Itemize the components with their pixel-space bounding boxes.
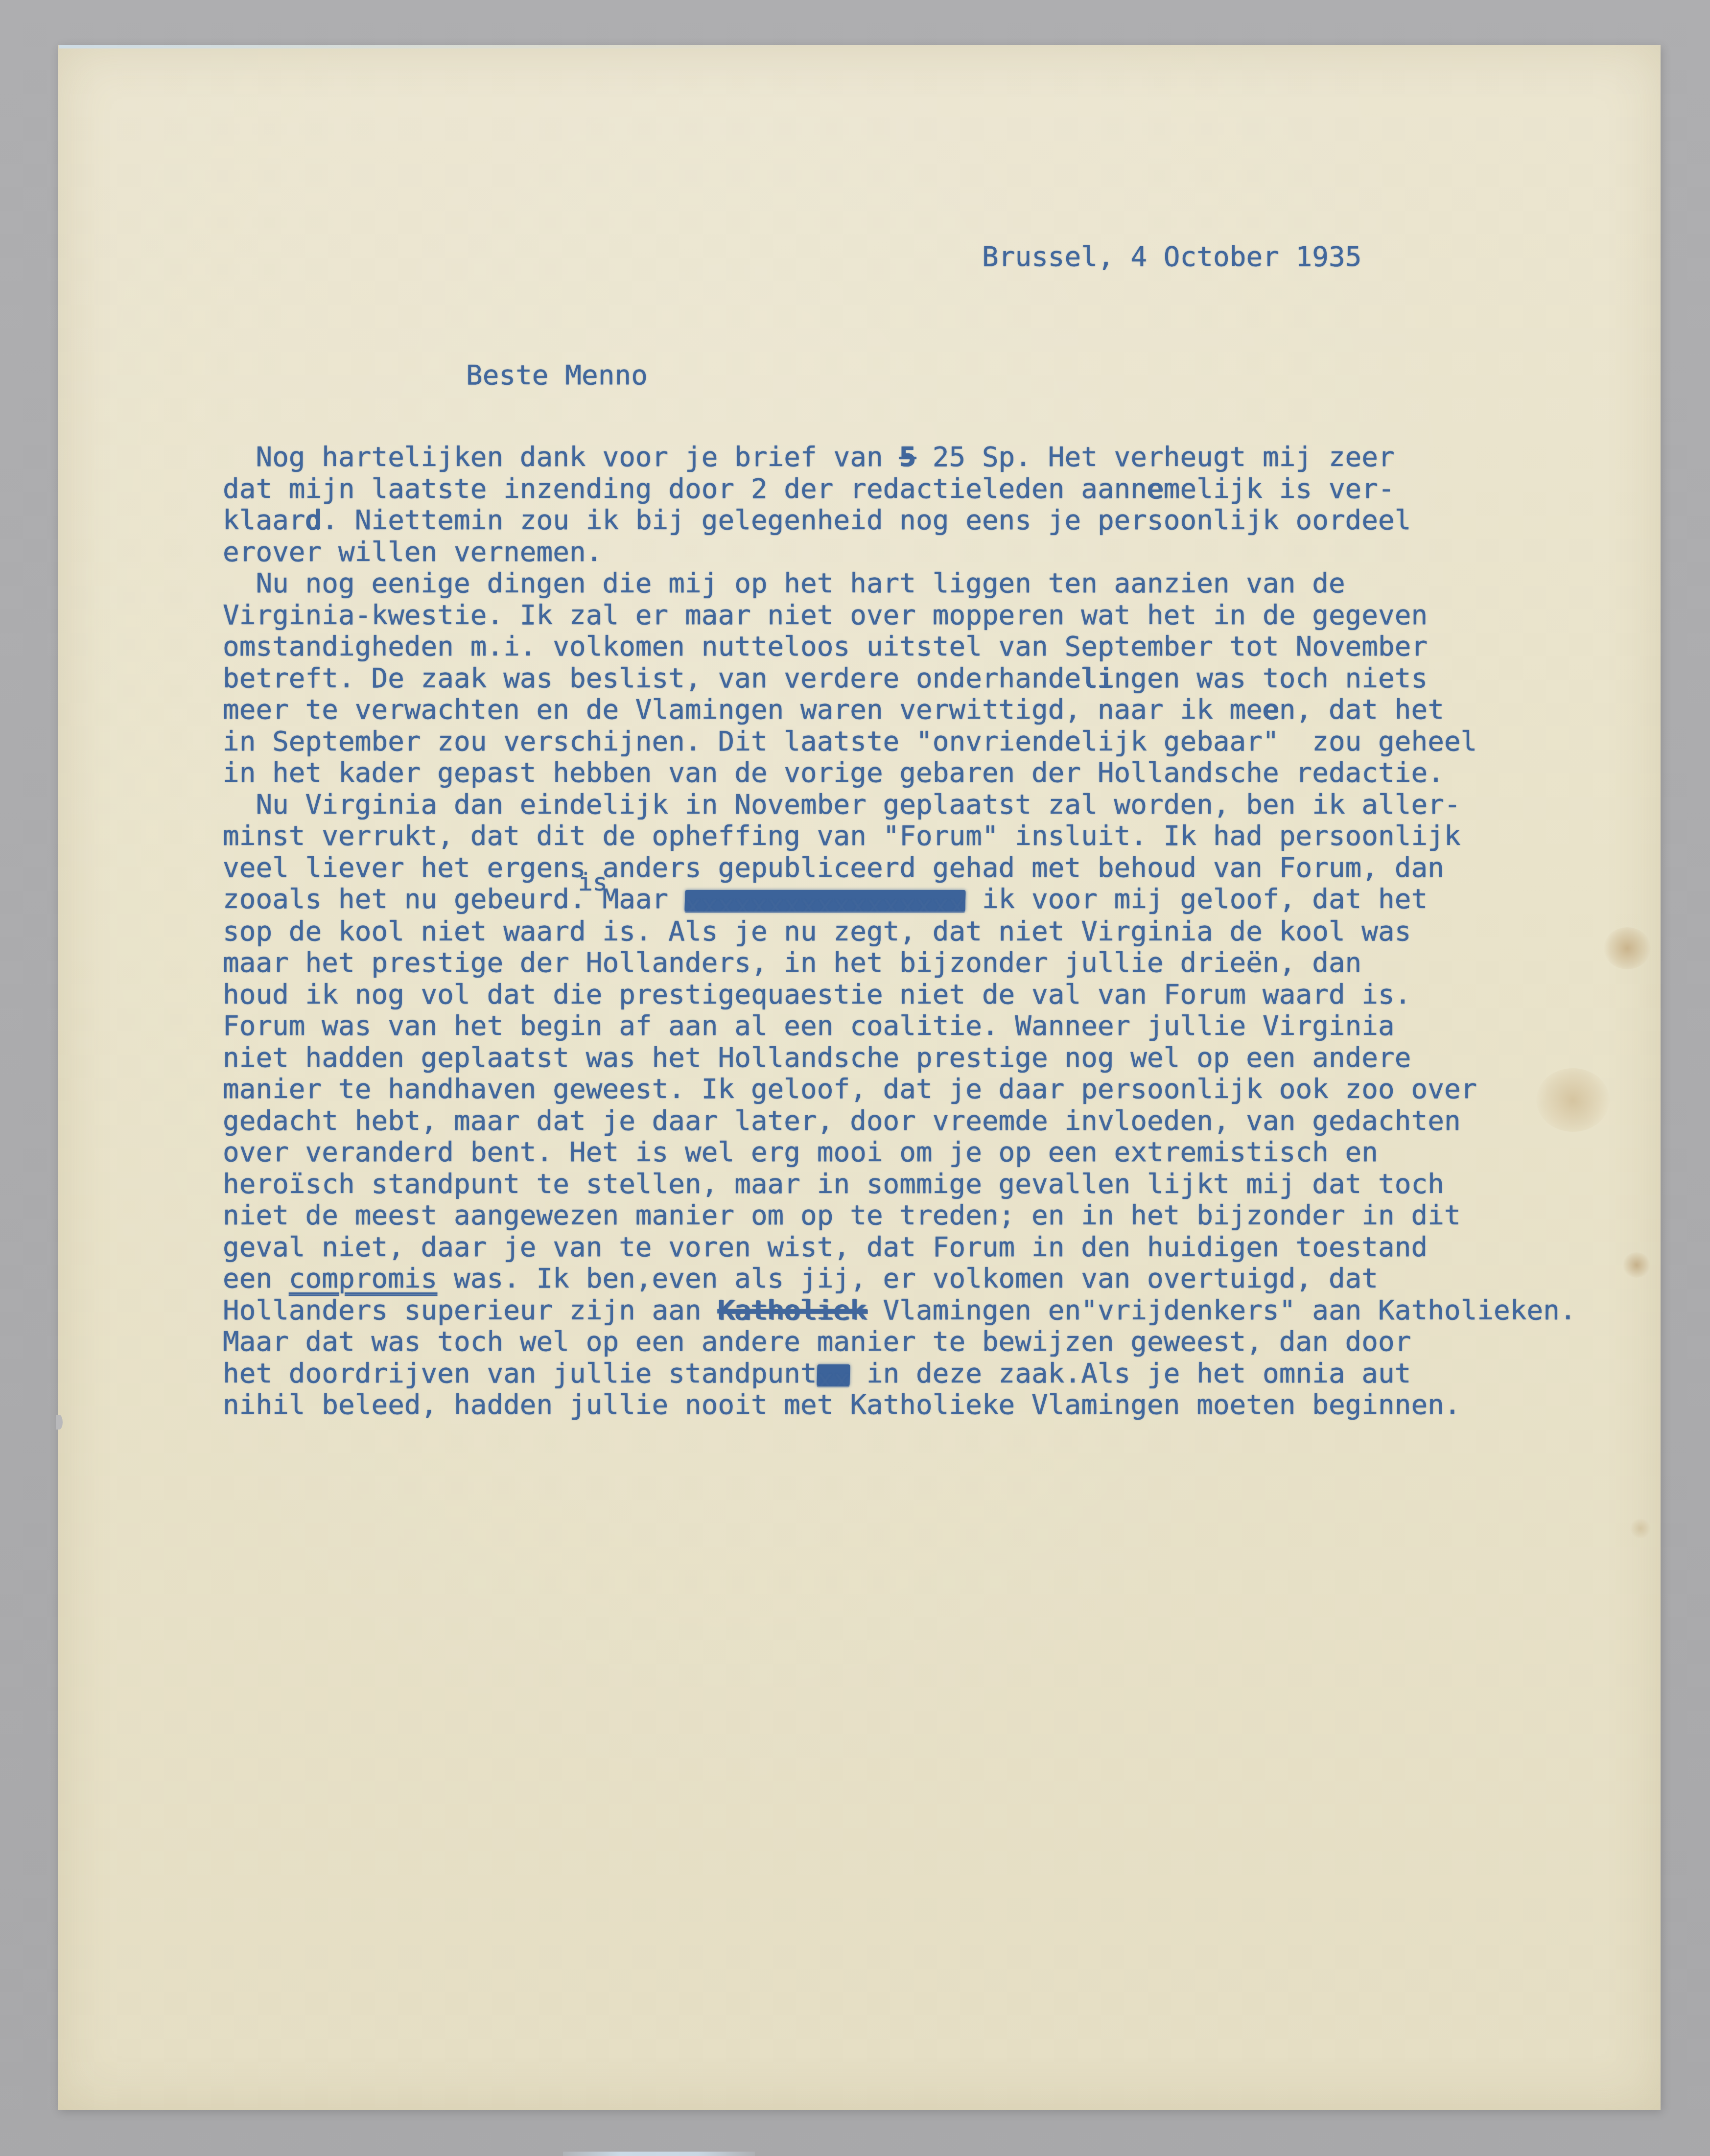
letter-over: e <box>1263 694 1279 726</box>
letter-body: Nog hartelijken dank voor je brief van 5… <box>223 442 1576 1421</box>
letter-text-run: Hollanders superieur zijn aan <box>223 1294 718 1326</box>
paper-stain <box>1629 1519 1652 1538</box>
letter-over: d <box>305 504 322 536</box>
letter-text-run: dat mijn laatste inzending door 2 der re… <box>223 473 1147 505</box>
letter-line: Nu Virginia dan eindelijk in November ge… <box>223 789 1576 821</box>
letter-text-run: melijk is ver- <box>1164 473 1395 505</box>
scan-bottom-sliver <box>563 2152 755 2156</box>
letter-line: Forum was van het begin af aan al een co… <box>223 1010 1576 1042</box>
letter-line: Nu nog eenige dingen die mij op het hart… <box>223 568 1576 600</box>
letter-line: Maar dat was toch wel op een andere mani… <box>223 1326 1576 1358</box>
letter-text-run: Vlamingen en"vrijdenkers" aan Katholieke… <box>867 1294 1576 1326</box>
letter-blot: xxxxxxxxxxxxxxxxx <box>684 890 965 912</box>
letter-text-run: erover willen vernemen. <box>223 536 602 568</box>
letter-line: over veranderd bent. Het is wel erg mooi… <box>223 1137 1576 1169</box>
letter-text-run: 25 Sp. Het verheugt mij zeer <box>916 441 1395 473</box>
letter-text-run: een <box>223 1263 289 1294</box>
letter-text-run: in September zou verschijnen. Dit laatst… <box>223 726 1477 757</box>
letter-line: omstandigheden m.i. volkomen nutteloos u… <box>223 631 1576 663</box>
letter-xed: 5 <box>899 441 916 473</box>
paper-stain <box>1622 1252 1651 1278</box>
salutation: Beste Menno <box>466 359 648 391</box>
letter-text-run: ik voor mij geloof, dat het <box>965 883 1428 915</box>
letter-text-run: houd ik nog vol dat die prestigequaestie… <box>223 979 1411 1010</box>
letter-line: nihil beleed, hadden jullie nooit met Ka… <box>223 1389 1576 1421</box>
letter-line: veel liever het ergens anders gepublicee… <box>223 852 1576 884</box>
scan-background: { "document": { "kind": "typewritten let… <box>0 0 1710 2156</box>
letter-text-run: niet de meest aangewezen manier om op te… <box>223 1199 1461 1231</box>
letter-text-run: sop de kool niet waard is. Als je nu zeg… <box>223 915 1411 947</box>
letter-line: een compromis was. Ik ben,even als jij, … <box>223 1263 1576 1295</box>
letter-u: compromis <box>289 1263 437 1294</box>
paper-stain <box>1604 927 1651 969</box>
letter-line: maar het prestige der Hollanders, in het… <box>223 947 1576 979</box>
letter-text-run: omstandigheden m.i. volkomen nutteloos u… <box>223 631 1428 662</box>
letter-text-run: . Niettemin zou ik bij gelegenheid nog e… <box>322 504 1411 536</box>
letter-strike: Katholiek <box>718 1294 866 1326</box>
letter-line: gedacht hebt, maar dat je daar later, do… <box>223 1105 1576 1137</box>
letter-text-run: zooals het nu gebeurd. <box>223 883 586 915</box>
letter-line: heroïsch standpunt te stellen, maar in s… <box>223 1169 1576 1200</box>
letter-line: Hollanders superieur zijn aan Katholiek … <box>223 1295 1576 1327</box>
letter-line: Nog hartelijken dank voor je brief van 5… <box>223 442 1576 473</box>
letter-text-run: het doordrijven van jullie standpunt <box>223 1358 817 1389</box>
letter-line: minst verrukt, dat dit de opheffing van … <box>223 820 1576 852</box>
letter-text-run: in deze zaak.Als je het omnia aut <box>850 1358 1411 1389</box>
letter-text-run: Virginia-kwestie. Ik zal er maar niet ov… <box>223 599 1428 631</box>
letter-line: sop de kool niet waard is. Als je nu zeg… <box>223 916 1576 948</box>
letter-text-run: Nu nog eenige dingen die mij op het hart… <box>223 567 1345 599</box>
letter-line: meer te verwachten en de Vlamingen waren… <box>223 694 1576 726</box>
letter-text-run: maar het prestige der Hollanders, in het… <box>223 947 1361 979</box>
letter-text-run: manier te handhaven geweest. Ik geloof, … <box>223 1073 1477 1105</box>
letter-line: manier te handhaven geweest. Ik geloof, … <box>223 1074 1576 1105</box>
letter-over: li <box>1081 662 1114 694</box>
letter-blot: xx <box>817 1364 850 1386</box>
letter-line: betreft. De zaak was beslist, van verder… <box>223 663 1576 695</box>
letter-line: in het kader gepast hebben van de vorige… <box>223 757 1576 789</box>
letter-line: houd ik nog vol dat die prestigequaestie… <box>223 979 1576 1011</box>
letter-text-run: was. Ik ben,even als jij, er volkomen va… <box>437 1263 1378 1294</box>
letter-line: niet de meest aangewezen manier om op te… <box>223 1200 1576 1232</box>
letter-line: dat mijn laatste inzending door 2 der re… <box>223 473 1576 505</box>
letter-text-run: meer te verwachten en de Vlamingen waren… <box>223 694 1263 726</box>
letter-line: niet hadden geplaatst was het Hollandsch… <box>223 1042 1576 1074</box>
letter-text-run: in het kader gepast hebben van de vorige… <box>223 757 1444 789</box>
scan-edge-highlight <box>59 45 796 48</box>
paper-edge-nick <box>56 1415 63 1430</box>
letter-text-run: betreft. De zaak was beslist, van verder… <box>223 662 1081 694</box>
letter-text-run: niet hadden geplaatst was het Hollandsch… <box>223 1042 1411 1074</box>
letter-text-run: Nog hartelijken dank voor je brief van <box>223 441 899 473</box>
letter-text-run: n, dat het <box>1279 694 1444 726</box>
letter-text-run: gedacht hebt, maar dat je daar later, do… <box>223 1105 1461 1137</box>
letter-text-run: Nu Virginia dan eindelijk in November ge… <box>223 789 1461 820</box>
letter-line: het doordrijven van jullie standpuntxx i… <box>223 1358 1576 1390</box>
letter-text-run: nihil beleed, hadden jullie nooit met Ka… <box>223 1389 1461 1421</box>
letter-paper: Brussel, 4 October 1935 Beste Menno Nog … <box>58 45 1661 2110</box>
letter-text-run: geval niet, daar je van te voren wist, d… <box>223 1231 1428 1263</box>
letter-text-run: over veranderd bent. Het is wel erg mooi… <box>223 1136 1378 1168</box>
letter-text-run: veel liever het ergens anders gepublicee… <box>223 852 1444 884</box>
letter-line: klaard. Niettemin zou ik bij gelegenheid… <box>223 505 1576 537</box>
letter-text-run: Forum was van het begin af aan al een co… <box>223 1010 1395 1042</box>
letter-text-run: minst verrukt, dat dit de opheffing van … <box>223 820 1461 852</box>
letter-text-run: ngen was toch niets <box>1114 662 1428 694</box>
letter-line: geval niet, daar je van te voren wist, d… <box>223 1232 1576 1264</box>
letter-over: e <box>1147 473 1164 505</box>
letter-text-run: Maar dat was toch wel op een andere mani… <box>223 1326 1411 1358</box>
dateline: Brussel, 4 October 1935 <box>982 241 1361 273</box>
letter-line: zooals het nu gebeurd.is Maar xxxxxxxxxx… <box>223 884 1576 916</box>
letter-text-run: klaar <box>223 504 305 536</box>
letter-line: erover willen vernemen. <box>223 537 1576 568</box>
letter-text-run: heroïsch standpunt te stellen, maar in s… <box>223 1168 1444 1200</box>
letter-line: Virginia-kwestie. Ik zal er maar niet ov… <box>223 600 1576 632</box>
letter-line: in September zou verschijnen. Dit laatst… <box>223 726 1576 758</box>
